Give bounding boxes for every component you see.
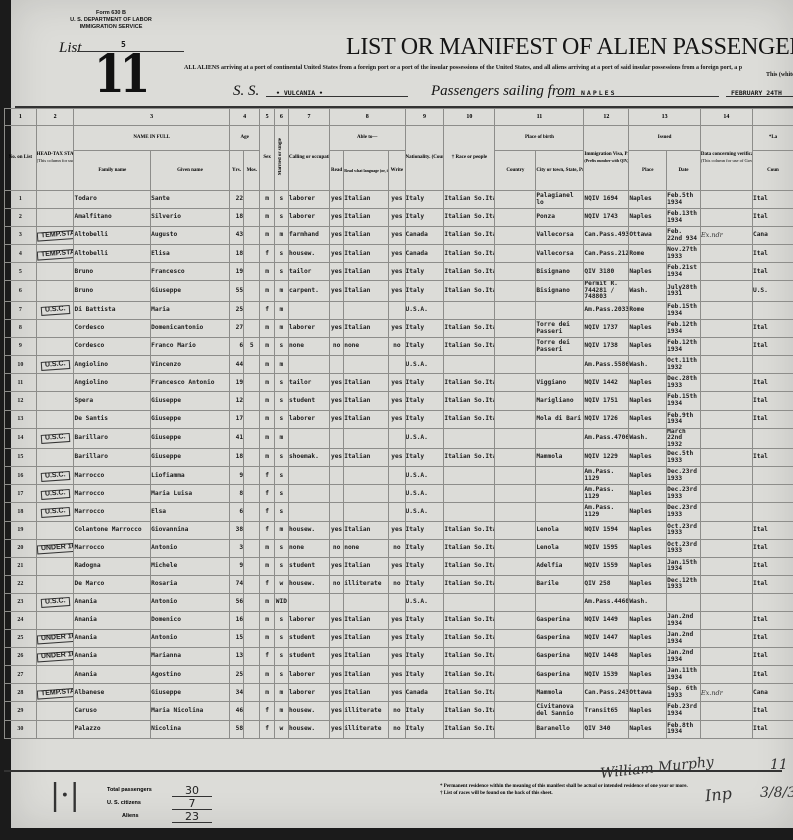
- last-residence-cell: Ital: [752, 320, 793, 338]
- issued-place-cell: Naples: [629, 410, 667, 428]
- list-number-cell: 11: [5, 374, 37, 392]
- head-tax-cell: U.S.C.: [36, 485, 74, 503]
- passenger-row: 6 Bruno Giuseppe 55 m m carpent. yes Ita…: [5, 281, 793, 302]
- race-cell: Italian So.Italy: [444, 374, 495, 392]
- birth-city-cell: Gasperina: [536, 648, 584, 666]
- age-years-cell: 19: [229, 263, 243, 281]
- list-number-cell: 16: [5, 467, 37, 485]
- given-name-cell: Giuseppe: [151, 281, 230, 302]
- given-name-cell: Maria Luisa: [151, 485, 230, 503]
- age-years-cell: 25: [229, 301, 243, 319]
- verification-cell: [700, 320, 752, 338]
- header-nationality: Nationality. (Country of which citizen o…: [405, 126, 444, 191]
- family-name-cell: Anania: [74, 630, 151, 648]
- issued-place-cell: Naples: [629, 449, 667, 467]
- issued-place-cell: Naples: [629, 557, 667, 575]
- family-name-cell: Anania: [74, 648, 151, 666]
- age-years-cell: 6: [229, 503, 243, 521]
- visa-number-cell: QIV 3180: [584, 263, 629, 281]
- list-number-cell: 22: [5, 575, 37, 593]
- header-last-country: Coun: [752, 151, 793, 191]
- nationality-cell: U.S.A.: [405, 301, 444, 319]
- issued-place-cell: Naples: [629, 467, 667, 485]
- can-read-cell: [329, 485, 343, 503]
- sex-cell: m: [260, 227, 274, 245]
- nationality-cell: Canada: [405, 684, 444, 702]
- read-language-cell: Italian: [344, 648, 389, 666]
- race-cell: [444, 356, 495, 374]
- head-tax-stamp: U.S.C.: [41, 360, 70, 370]
- occupation-cell: none: [289, 338, 330, 356]
- list-number-cell: 6: [5, 281, 37, 302]
- race-cell: Italian So.Italy: [444, 209, 495, 227]
- visa-number-cell: NQIV 1539: [584, 666, 629, 684]
- col-num-3: 3: [74, 109, 229, 126]
- last-residence-cell: Ital: [752, 191, 793, 209]
- can-read-cell: [329, 503, 343, 521]
- sex-cell: m: [260, 666, 274, 684]
- race-cell: Italian So.Italy: [444, 702, 495, 720]
- sex-cell: m: [260, 263, 274, 281]
- birth-country-cell: [495, 702, 536, 720]
- birth-city-cell: Lenola: [536, 521, 584, 539]
- race-cell: Italian So.Italy: [444, 684, 495, 702]
- given-name-cell: Domenicantonio: [151, 320, 230, 338]
- age-months-cell: [244, 648, 260, 666]
- head-tax-stamp: UNDER 16: [36, 633, 74, 644]
- birth-city-cell: Barile: [536, 575, 584, 593]
- age-months-cell: [244, 374, 260, 392]
- birth-country-cell: [495, 593, 536, 611]
- issued-date-cell: Jan.11th 1934: [667, 666, 701, 684]
- nationality-cell: U.S.A.: [405, 503, 444, 521]
- issued-date-cell: Dec.23rd 1933: [667, 503, 701, 521]
- last-residence-cell: Cana: [752, 684, 793, 702]
- sex-cell: f: [260, 301, 274, 319]
- age-months-cell: [244, 539, 260, 557]
- visa-number-cell: Am.Pass.470671: [584, 428, 629, 449]
- birth-country-cell: [495, 338, 536, 356]
- ship-label: S. S.: [233, 83, 259, 100]
- family-name-cell: Todaro: [74, 191, 151, 209]
- header-birth-city: City or town, State, Province or Distric…: [536, 151, 584, 191]
- birth-city-cell: Palagianel lo: [536, 191, 584, 209]
- given-name-cell: Giuseppe: [151, 684, 230, 702]
- marital-status-cell: s: [274, 392, 288, 410]
- race-cell: [444, 485, 495, 503]
- race-cell: Italian So.Italy: [444, 338, 495, 356]
- list-number-cell: 29: [5, 702, 37, 720]
- col-num-2: 2: [36, 109, 74, 126]
- can-write-cell: yes: [389, 521, 405, 539]
- age-months-cell: [244, 245, 260, 263]
- given-name-cell: Michele: [151, 557, 230, 575]
- family-name-cell: Anania: [74, 611, 151, 629]
- marital-status-cell: s: [274, 410, 288, 428]
- verification-cell: [700, 209, 752, 227]
- header-write: Write: [389, 151, 405, 191]
- birth-city-cell: Mammola: [536, 684, 584, 702]
- verification-cell: [700, 720, 752, 738]
- given-name-cell: Agostino: [151, 666, 230, 684]
- can-write-cell: yes: [389, 374, 405, 392]
- issued-place-cell: Naples: [629, 209, 667, 227]
- head-tax-cell: [36, 521, 74, 539]
- birth-country-cell: [495, 428, 536, 449]
- birth-city-cell: Vallecorsa: [536, 245, 584, 263]
- col-num-1: 1: [5, 109, 37, 126]
- age-years-cell: 16: [229, 611, 243, 629]
- race-cell: Italian So.Italy: [444, 630, 495, 648]
- verification-cell: [700, 539, 752, 557]
- visa-number-cell: Permit R. 744281 / 748803: [584, 281, 629, 302]
- birth-country-cell: [495, 539, 536, 557]
- visa-number-cell: NQIV 1743: [584, 209, 629, 227]
- issued-date-cell: July28th 1931: [667, 281, 701, 302]
- marital-status-cell: s: [274, 245, 288, 263]
- issued-place-cell: Rome: [629, 301, 667, 319]
- visa-number-cell: Am.Pass.20333: [584, 301, 629, 319]
- header-sex: Sex: [260, 126, 274, 191]
- col-num-5: 5: [260, 109, 274, 126]
- last-residence-cell: Ital: [752, 374, 793, 392]
- passenger-row: 7 U.S.C. Di Battista Maria 25 f m U.S.A.…: [5, 301, 793, 319]
- age-months-cell: [244, 301, 260, 319]
- list-number-cell: 17: [5, 485, 37, 503]
- birth-city-cell: Gasperina: [536, 611, 584, 629]
- family-name-cell: Cordesco: [74, 320, 151, 338]
- visa-number-cell: NQIV 1447: [584, 630, 629, 648]
- issued-place-cell: Naples: [629, 338, 667, 356]
- list-number-cell: 30: [5, 720, 37, 738]
- race-cell: Italian So.Italy: [444, 648, 495, 666]
- read-language-cell: [344, 485, 389, 503]
- age-years-cell: 46: [229, 702, 243, 720]
- family-name-cell: Bruno: [74, 281, 151, 302]
- visa-number-cell: QIV 258: [584, 575, 629, 593]
- manifest-subtitle: ALL ALIENS arriving at a port of contine…: [184, 65, 742, 71]
- family-name-cell: Marrocco: [74, 539, 151, 557]
- read-language-cell: Italian: [344, 263, 389, 281]
- age-years-cell: 8: [229, 485, 243, 503]
- nationality-cell: Italy: [405, 281, 444, 302]
- sex-cell: f: [260, 521, 274, 539]
- marital-status-cell: m: [274, 320, 288, 338]
- marital-status-cell: m: [274, 281, 288, 302]
- birth-city-cell: [536, 356, 584, 374]
- visa-number-cell: Can.Pass.24339: [584, 684, 629, 702]
- issued-place-cell: Naples: [629, 539, 667, 557]
- header-last-residence: *La: [752, 126, 793, 151]
- form-header-block: Form 630 B U. S. DEPARTMENT OF LABOR IMM…: [51, 10, 171, 31]
- visa-number-cell: NQIV 1694: [584, 191, 629, 209]
- inspector-initials: Inp: [704, 784, 733, 806]
- form-number: Form 630 B: [51, 10, 171, 17]
- can-read-cell: [329, 356, 343, 374]
- read-language-cell: Italian: [344, 392, 389, 410]
- verification-cell: [700, 503, 752, 521]
- age-months-cell: [244, 428, 260, 449]
- verification-cell: [700, 575, 752, 593]
- last-residence-cell: Ital: [752, 557, 793, 575]
- married-label: Married or single: [278, 138, 284, 175]
- can-read-cell: yes: [329, 320, 343, 338]
- verification-cell: [700, 666, 752, 684]
- passenger-row: 4 TEMP.STAT Altobelli Elisa 18 f s house…: [5, 245, 793, 263]
- can-read-cell: no: [329, 539, 343, 557]
- verification-cell: [700, 648, 752, 666]
- read-language-cell: Italian: [344, 666, 389, 684]
- birth-country-cell: [495, 245, 536, 263]
- age-years-cell: 74: [229, 575, 243, 593]
- family-name-cell: Angiolino: [74, 356, 151, 374]
- visa-number-cell: NQIV 1594: [584, 521, 629, 539]
- family-name-cell: Spera: [74, 392, 151, 410]
- header-given-name: Given name: [151, 151, 230, 191]
- last-residence-cell: Ital: [752, 209, 793, 227]
- col-num-9: 9: [405, 109, 444, 126]
- list-number-cell: 19: [5, 521, 37, 539]
- head-tax-cell: [36, 263, 74, 281]
- head-tax-stamp: UNDER 16: [36, 542, 74, 553]
- header-issued-date: Date: [667, 151, 701, 191]
- verification-cell: [700, 449, 752, 467]
- list-handwritten-number: 11: [94, 50, 145, 100]
- marital-status-cell: s: [274, 648, 288, 666]
- given-name-cell: Maria Nicolina: [151, 702, 230, 720]
- passenger-row: 26 UNDER 16 Anania Marianna 13 f s stude…: [5, 648, 793, 666]
- birth-country-cell: [495, 356, 536, 374]
- age-years-cell: 43: [229, 227, 243, 245]
- sex-cell: f: [260, 575, 274, 593]
- head-tax-cell: [36, 374, 74, 392]
- issued-date-cell: Feb.21st 1934: [667, 263, 701, 281]
- birth-country-cell: [495, 227, 536, 245]
- birth-country-cell: [495, 449, 536, 467]
- issued-date-cell: Feb.12th 1934: [667, 320, 701, 338]
- age-years-cell: 55: [229, 281, 243, 302]
- last-residence-cell: Cana: [752, 227, 793, 245]
- age-months-cell: [244, 702, 260, 720]
- issued-place-cell: Naples: [629, 720, 667, 738]
- marital-status-cell: m: [274, 428, 288, 449]
- occupation-cell: housew.: [289, 575, 330, 593]
- birth-country-cell: [495, 374, 536, 392]
- family-name-cell: Amalfitano: [74, 209, 151, 227]
- can-read-cell: yes: [329, 720, 343, 738]
- head-tax-cell: [36, 449, 74, 467]
- age-months-cell: [244, 467, 260, 485]
- list-number-cell: 15: [5, 449, 37, 467]
- can-write-cell: yes: [389, 684, 405, 702]
- race-cell: Italian So.Italy: [444, 281, 495, 302]
- issued-date-cell: Oct.23rd 1933: [667, 539, 701, 557]
- last-residence-cell: [752, 503, 793, 521]
- birth-city-cell: [536, 593, 584, 611]
- sex-cell: f: [260, 702, 274, 720]
- issued-date-cell: Dec.23rd 1933: [667, 467, 701, 485]
- sex-cell: f: [260, 467, 274, 485]
- last-residence-cell: Ital: [752, 666, 793, 684]
- issued-date-cell: Feb.9th 1934: [667, 410, 701, 428]
- verification-cell: [700, 557, 752, 575]
- passenger-row: 19 Colantone Marrocco Giovannina 38 f m …: [5, 521, 793, 539]
- nationality-cell: Italy: [405, 720, 444, 738]
- verification-cell: [700, 410, 752, 428]
- can-write-cell: yes: [389, 245, 405, 263]
- head-tax-cell: [36, 209, 74, 227]
- marital-status-cell: WID: [274, 593, 288, 611]
- head-tax-stamp: U.S.C.: [41, 507, 70, 517]
- header-able-to: Able to—: [329, 126, 405, 151]
- occupation-cell: [289, 467, 330, 485]
- header-years: Yrs.: [229, 151, 243, 191]
- marital-status-cell: s: [274, 449, 288, 467]
- head-tax-cell: U.S.C.: [36, 503, 74, 521]
- list-number-cell: 24: [5, 611, 37, 629]
- sailing-label: Passengers sailing from: [431, 83, 575, 100]
- header-issued: Issued: [629, 126, 701, 151]
- sex-cell: m: [260, 449, 274, 467]
- sex-cell: f: [260, 485, 274, 503]
- header-place-of-birth: Place of birth: [495, 126, 584, 151]
- list-number-cell: 28: [5, 684, 37, 702]
- issued-place-cell: Naples: [629, 485, 667, 503]
- passenger-row: 25 UNDER 16 Anania Antonio 15 m s studen…: [5, 630, 793, 648]
- list-number-cell: 1: [5, 191, 37, 209]
- list-number-cell: 10: [5, 356, 37, 374]
- head-tax-stamp: U.S.C.: [41, 489, 70, 499]
- nationality-cell: Italy: [405, 539, 444, 557]
- sex-cell: f: [260, 245, 274, 263]
- age-years-cell: 12: [229, 392, 243, 410]
- nationality-cell: Italy: [405, 611, 444, 629]
- age-months-cell: [244, 449, 260, 467]
- manifest-subtitle-note: This (white) s: [766, 72, 793, 78]
- read-language-cell: Italian: [344, 209, 389, 227]
- can-read-cell: yes: [329, 449, 343, 467]
- passenger-row: 21 Radogna Michele 9 m s student yes Ita…: [5, 557, 793, 575]
- passenger-row: 20 UNDER 16 Marrocco Antonio 3 m s none …: [5, 539, 793, 557]
- birth-country-cell: [495, 485, 536, 503]
- given-name-cell: Silverio: [151, 209, 230, 227]
- birth-city-cell: [536, 428, 584, 449]
- given-name-cell: Maria: [151, 301, 230, 319]
- issued-date-cell: Dec.12th 1933: [667, 575, 701, 593]
- sex-cell: m: [260, 611, 274, 629]
- birth-country-cell: [495, 209, 536, 227]
- us-citizens-label: U. S. citizens: [107, 797, 172, 810]
- last-residence-cell: Ital: [752, 410, 793, 428]
- can-write-cell: [389, 301, 405, 319]
- age-months-cell: [244, 263, 260, 281]
- family-name-cell: Palazzo: [74, 720, 151, 738]
- head-tax-stamp: U.S.C.: [41, 597, 70, 607]
- issued-place-cell: Naples: [629, 521, 667, 539]
- birth-country-cell: [495, 301, 536, 319]
- col-num-15: [752, 109, 793, 126]
- can-read-cell: yes: [329, 630, 343, 648]
- visa-number-cell: NQIV 1229: [584, 449, 629, 467]
- nationality-cell: U.S.A.: [405, 467, 444, 485]
- header-no-on-list: No. on List: [5, 126, 37, 191]
- nationality-cell: Italy: [405, 263, 444, 281]
- list-number-cell: 3: [5, 227, 37, 245]
- family-name-cell: Di Battista: [74, 301, 151, 319]
- can-read-cell: yes: [329, 191, 343, 209]
- aliens-label: Aliens: [107, 810, 172, 823]
- marital-status-cell: s: [274, 557, 288, 575]
- marital-status-cell: s: [274, 467, 288, 485]
- birth-country-cell: [495, 191, 536, 209]
- family-name-cell: Marrocco: [74, 467, 151, 485]
- last-residence-cell: Ital: [752, 630, 793, 648]
- verification-cell: [700, 263, 752, 281]
- race-cell: Italian So.Italy: [444, 227, 495, 245]
- birth-city-cell: [536, 503, 584, 521]
- occupation-cell: [289, 301, 330, 319]
- total-passengers-row: Total passengers30: [107, 784, 212, 797]
- nationality-cell: Italy: [405, 666, 444, 684]
- header-issued-place: Place: [629, 151, 667, 191]
- us-citizens-row: U. S. citizens7: [107, 797, 212, 810]
- list-label: List: [59, 40, 82, 57]
- totals-block: Total passengers30 U. S. citizens7 Alien…: [107, 784, 212, 823]
- marital-status-cell: m: [274, 301, 288, 319]
- given-name-cell: Elsa: [151, 503, 230, 521]
- marital-status-cell: s: [274, 666, 288, 684]
- marital-status-cell: m: [274, 521, 288, 539]
- verification-cell: Ex.ndr: [700, 684, 752, 702]
- can-write-cell: [389, 467, 405, 485]
- issued-date-cell: Feb.12th 1934: [667, 338, 701, 356]
- issued-place-cell: Rome: [629, 245, 667, 263]
- given-name-cell: Rosaria: [151, 575, 230, 593]
- sex-cell: m: [260, 392, 274, 410]
- age-years-cell: 17: [229, 410, 243, 428]
- list-number-cell: 9: [5, 338, 37, 356]
- age-months-cell: [244, 630, 260, 648]
- passenger-row: 29 Caruso Maria Nicolina 46 f m housew. …: [5, 702, 793, 720]
- age-years-cell: 44: [229, 356, 243, 374]
- occupation-cell: housew.: [289, 720, 330, 738]
- marital-status-cell: w: [274, 720, 288, 738]
- nationality-cell: U.S.A.: [405, 428, 444, 449]
- passenger-row: 16 U.S.C. Marrocco Liofiamma 9 f s U.S.A…: [5, 467, 793, 485]
- can-write-cell: no: [389, 338, 405, 356]
- given-name-cell: Augusto: [151, 227, 230, 245]
- issued-place-cell: Wash.: [629, 356, 667, 374]
- read-language-cell: Italian: [344, 227, 389, 245]
- read-language-cell: Italian: [344, 281, 389, 302]
- age-years-cell: 9: [229, 467, 243, 485]
- list-number-cell: 13: [5, 410, 37, 428]
- verification-cell: [700, 281, 752, 302]
- given-name-cell: Liofiamma: [151, 467, 230, 485]
- birth-city-cell: Torre dei Passeri: [536, 320, 584, 338]
- occupation-cell: tailor: [289, 374, 330, 392]
- aliens-row: Aliens23: [107, 810, 212, 823]
- list-number-cell: 21: [5, 557, 37, 575]
- race-cell: Italian So.Italy: [444, 575, 495, 593]
- sex-cell: m: [260, 539, 274, 557]
- issued-date-cell: Nov.27th 1933: [667, 245, 701, 263]
- birth-city-cell: Marigliano: [536, 392, 584, 410]
- list-number-cell: 25: [5, 630, 37, 648]
- nationality-cell: Italy: [405, 449, 444, 467]
- header-row-top: No. on List HEAD-TAX STATUS(This column …: [5, 126, 793, 151]
- head-tax-cell: TEMP.STAT: [36, 684, 74, 702]
